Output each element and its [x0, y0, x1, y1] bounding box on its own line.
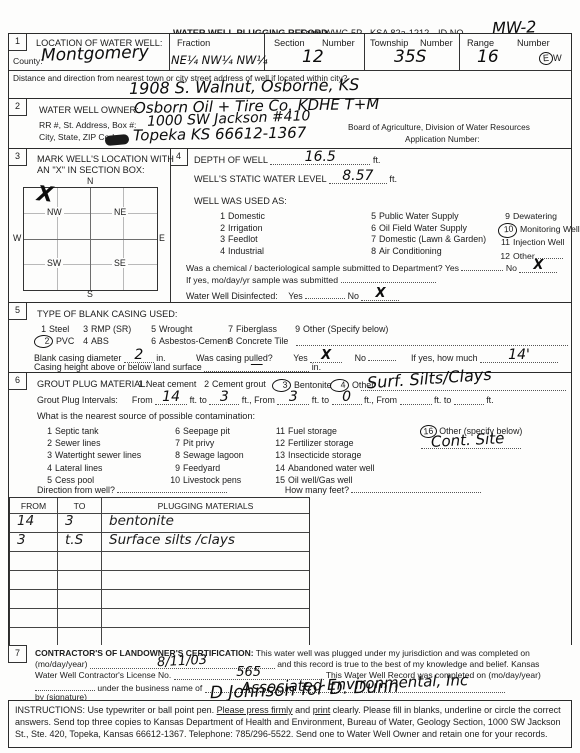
table-row	[10, 589, 309, 608]
source-number: 7	[168, 437, 180, 449]
casing-type-label: Steel	[49, 324, 69, 334]
casing-type-label: PVC	[56, 336, 74, 346]
cell-material	[102, 609, 309, 627]
depth-label: DEPTH OF WELL	[194, 155, 268, 165]
casing-type-item: 7Fiberglass	[221, 324, 288, 334]
casing-type-item: 1Steel	[34, 324, 76, 334]
fraction-cell: Fraction NE¼ NW¼ NW¼	[169, 34, 265, 70]
source-label: Feedyard	[183, 463, 220, 473]
instructions-box: INSTRUCTIONS: Use typewriter or ball poi…	[8, 700, 572, 748]
casing-type-item: 9Other (Specify below)	[288, 324, 388, 334]
pulled-yes-x-mark: X	[321, 353, 331, 359]
fraction-label: Fraction	[177, 38, 210, 48]
cell-from: 14	[10, 514, 58, 532]
cell-to	[58, 628, 102, 646]
source-item: 1Septic tank	[40, 425, 141, 437]
grout-material-label: Neat cement	[146, 379, 196, 389]
use-label: Feedlot	[228, 234, 258, 244]
scratched-out-text	[105, 134, 130, 146]
casing-type-item: 3RMP (SR)	[76, 324, 144, 334]
source-number: 11	[273, 425, 285, 437]
section-4-number: 4	[170, 149, 188, 166]
cell-material	[102, 552, 309, 570]
plugging-table: FROM TO PLUGGING MATERIALS 14 3 bentonit…	[9, 497, 310, 647]
signature-handwritten: D Johnson for D. Dunn	[210, 684, 399, 697]
sample-yes-leader	[461, 261, 503, 271]
source-item: 14Abandoned water well	[273, 462, 375, 474]
sources-column-2: 6Seepage pit7Pit privy8Sewage lagoon9Fee…	[168, 425, 244, 486]
source-number: 9	[168, 462, 180, 474]
grout-intervals-line: Grout Plug Intervals:From 14 ft. to 3 ft…	[37, 395, 494, 405]
cert-line-1: CONTRACTOR'S OF LANDOWNER'S CERTIFICATIO…	[35, 648, 530, 658]
address-label: RR #, St. Address, Box #:	[39, 120, 136, 130]
use-number: 2	[213, 223, 225, 235]
range-number-label: Number	[517, 38, 550, 48]
source-item: 9Feedyard	[168, 462, 244, 474]
use-label: Irrigation	[228, 223, 263, 233]
static-level-line: WELL'S STATIC WATER LEVEL 8.57 ft.	[194, 174, 397, 184]
disinfected-yes-leader	[305, 289, 345, 299]
county-value-handwritten: Montgomery	[41, 42, 149, 66]
cell-from	[10, 590, 58, 608]
use-item: 4Industrial	[213, 246, 265, 258]
direction-label: Direction from well?	[37, 485, 115, 495]
mark-title-line1: MARK WELL'S LOCATION WITH	[37, 154, 174, 164]
section-box-grid: NW NE SW SE X	[23, 187, 158, 291]
source-label: Abandoned water well	[288, 463, 375, 473]
cell-to: 3	[58, 514, 102, 532]
distance-value-handwritten: 1908 S. Walnut, Osborne, KS	[129, 75, 360, 98]
owner-label: WATER WELL OWNER:	[39, 105, 139, 115]
direction-leader	[117, 483, 227, 493]
use-label: Air Conditioning	[379, 246, 442, 256]
uses-column-2: 5Public Water Supply6Oil Field Water Sup…	[364, 211, 486, 257]
fraction-value-handwritten: NE¼ NW¼ NW¼	[171, 53, 268, 67]
sources-column-1: 1Septic tank2Sewer lines3Watertight sewe…	[40, 425, 141, 486]
section-6-grout: 6 GROUT PLUG MATERIAL: 1Neat cement2Ceme…	[8, 372, 572, 647]
section-1-location: 1 LOCATION OF WATER WELL: County: Montgo…	[8, 33, 572, 101]
use-number: 3	[213, 234, 225, 246]
cell-to	[58, 552, 102, 570]
table-row	[10, 570, 309, 589]
disinfected-no-leader: X	[361, 291, 399, 301]
source-number: 4	[40, 462, 52, 474]
quadrant-nw: NW	[45, 207, 64, 217]
source-number: 8	[168, 449, 180, 461]
contamination-label: What is the nearest source of possible c…	[37, 411, 255, 421]
ft-label: ft.	[190, 395, 197, 405]
casing-type-label: Asbestos-Cement	[159, 336, 230, 346]
source-label: Watertight sewer lines	[55, 450, 141, 460]
disinfected-no-x-mark: X	[375, 291, 385, 297]
section-number-cell: Section Number 12	[264, 34, 365, 70]
to-leader	[454, 395, 484, 405]
table-row	[10, 608, 309, 627]
source-label: Lateral lines	[55, 463, 102, 473]
application-label: Application Number:	[405, 134, 480, 144]
ft-label: ft.	[434, 395, 441, 405]
quadrant-se: SE	[112, 258, 128, 268]
source-number: 2	[40, 437, 52, 449]
grid-center-horizontal	[24, 239, 157, 240]
compass-east: E	[159, 233, 165, 243]
section-number-label: Number	[322, 38, 355, 48]
static-unit: ft.	[389, 174, 397, 184]
depth-unit: ft.	[373, 155, 381, 165]
section-6-number: 6	[9, 373, 27, 390]
cell-material	[102, 628, 309, 646]
use-item: 1Domestic	[213, 211, 265, 223]
interval-to-handwritten: 3	[220, 394, 229, 400]
interval-item: From 3 ft. to 0 ft.,ft.	[254, 395, 376, 405]
grout-material-number: 1	[131, 379, 143, 389]
from-label: From	[132, 395, 153, 405]
quadrant-sw: SW	[45, 258, 63, 268]
mark-title-line2: AN "X" IN SECTION BOX:	[37, 165, 145, 175]
county-label: County:	[13, 56, 43, 66]
cell-from-handwritten: 3	[10, 532, 57, 548]
disinfected-no: No	[348, 291, 359, 301]
use-label: Oil Field Water Supply	[379, 223, 467, 233]
how-much-value-handwritten: 14'	[508, 352, 530, 358]
source-label: Sewer lines	[55, 438, 100, 448]
use-number: 10	[498, 222, 518, 238]
pulled-no-leader	[368, 351, 396, 361]
source-number: 12	[273, 437, 285, 449]
interval-item: From ft. to ft.,ft.	[376, 395, 493, 405]
interval-from-handwritten: 3	[289, 394, 298, 400]
casing-type-number: 6	[144, 336, 156, 346]
casing-type-label: Other (Specify below)	[303, 324, 388, 334]
use-number: 9	[498, 211, 510, 223]
how-much-label: If yes, how much	[411, 353, 478, 363]
ft-comma-label: ft.,	[364, 395, 374, 405]
quadrant-ne: NE	[112, 207, 128, 217]
use-label: Injection Well	[513, 237, 565, 247]
instructions-label: INSTRUCTIONS:	[15, 705, 85, 715]
cell-to	[58, 571, 102, 589]
disinfected-label: Water Well Disinfected:	[186, 291, 278, 301]
from-leader: 3	[277, 395, 309, 405]
range-ew: EW	[539, 52, 562, 65]
feet-leader	[351, 483, 481, 493]
cell-material: Surface silts /clays	[102, 533, 309, 551]
source-item: 4Lateral lines	[40, 462, 141, 474]
instructions-underline-2: print	[313, 705, 331, 715]
use-number: 5	[364, 211, 376, 223]
cell-from	[10, 552, 58, 570]
casing-type-row-1: 1Steel3RMP (SR)5Wrought7Fiberglass9Other…	[34, 324, 388, 334]
source-other-leader	[421, 447, 521, 449]
use-item: 2Irrigation	[213, 223, 265, 235]
sample-no-x-mark: X	[533, 263, 543, 269]
cert-belief-text: and this record is true to the best of m…	[277, 659, 539, 669]
ft-label: ft.	[486, 395, 493, 405]
use-label: Domestic	[228, 211, 265, 221]
source-label: Septic tank	[55, 426, 99, 436]
intervals-label: Grout Plug Intervals:	[37, 395, 118, 405]
use-item: 5Public Water Supply	[364, 211, 486, 223]
water-well-plugging-record-form: WATER WELL PLUGGING RECORD Form WWC-5P K…	[0, 0, 580, 753]
plugging-table-header: FROM TO PLUGGING MATERIALS	[10, 498, 309, 513]
source-item: 6Seepage pit	[168, 425, 244, 437]
height-value-handwritten: —	[250, 362, 263, 368]
location-county-cell: LOCATION OF WATER WELL: County: Montgome…	[9, 34, 170, 70]
source-label: Fertilizer storage	[288, 438, 354, 448]
depth-leader: 16.5	[270, 155, 370, 165]
cert-date-label: (mo/day/year)	[35, 659, 87, 669]
source-label: Insecticide storage	[288, 450, 361, 460]
cell-to	[58, 590, 102, 608]
source-item: 8Sewage lagoon	[168, 449, 244, 461]
cert-line-2: (mo/day/year) 8/11/03 and this record is…	[35, 659, 539, 669]
source-item: 13Insecticide storage	[273, 449, 375, 461]
casing-height-line: Casing height above or below land surfac…	[34, 362, 321, 372]
casing-type-number: 2	[34, 334, 54, 348]
casing-type-number: 8	[221, 336, 233, 346]
use-number: 8	[364, 246, 376, 258]
sample-date-leader	[341, 273, 436, 283]
section-label: Section	[274, 38, 305, 48]
pulled-no: No	[355, 353, 366, 363]
source-label: Pit privy	[183, 438, 214, 448]
source-number: 6	[168, 425, 180, 437]
source-item: 11Fuel storage	[273, 425, 375, 437]
section-5-number: 5	[9, 303, 27, 320]
table-row	[10, 627, 309, 646]
to-label: to	[444, 395, 451, 405]
use-number: 11	[498, 237, 510, 249]
license-value-handwritten: 565	[236, 670, 261, 676]
table-row: 3 t.S Surface silts /clays	[10, 532, 309, 551]
grout-material-item: 1Neat cement	[131, 379, 196, 389]
board-label: Board of Agriculture, Division of Water …	[348, 122, 530, 132]
uses-column-1: 1Domestic2Irrigation3Feedlot4Industrial	[213, 211, 265, 257]
cell-from	[10, 571, 58, 589]
section-3-number: 3	[9, 149, 27, 166]
use-item: 8Air Conditioning	[364, 246, 486, 258]
use-number: 4	[213, 246, 225, 258]
sample-yes: Yes	[445, 263, 459, 273]
ft-comma-label: ft.,	[242, 395, 252, 405]
casing-other-leader	[296, 344, 568, 346]
use-number: 6	[364, 223, 376, 235]
casing-type-number: 5	[144, 324, 156, 334]
compass-north: N	[87, 176, 93, 186]
well-location-x-mark: X	[36, 181, 55, 207]
use-other-leader	[535, 249, 563, 259]
sample-date-line: If yes, mo/day/yr sample was submitted	[186, 273, 436, 285]
from-label: From	[254, 395, 275, 405]
casing-type-number: 3	[76, 324, 88, 334]
business-pre-leader	[35, 681, 95, 691]
section-7-certification: 7 CONTRACTOR'S OF LANDOWNER'S CERTIFICAT…	[8, 645, 572, 699]
section-2-number: 2	[9, 99, 27, 116]
table-row: 14 3 bentonite	[10, 513, 309, 532]
sample-question: Was a chemical / bacteriological sample …	[186, 263, 443, 273]
use-label: Monitoring Well	[520, 224, 580, 234]
cert-title: CONTRACTOR'S OF LANDOWNER'S CERTIFICATIO…	[35, 648, 254, 658]
cell-to-handwritten: t.S	[58, 532, 101, 548]
source-label: Sewage lagoon	[183, 450, 244, 460]
to-label: to	[322, 395, 329, 405]
diameter-value-handwritten: 2	[134, 352, 143, 358]
use-item: 3Feedlot	[213, 234, 265, 246]
section-3-mark-location: 3 MARK WELL'S LOCATION WITH AN "X" IN SE…	[9, 149, 171, 303]
sources-column-3: 11Fuel storage12Fertilizer storage13Inse…	[273, 425, 375, 486]
height-leader: —	[204, 362, 309, 372]
interval-from-handwritten: 14	[162, 394, 180, 400]
to-leader: 0	[332, 395, 362, 405]
township-value-handwritten: 35S	[394, 47, 426, 67]
cert-text: This water well was plugged under my jur…	[256, 648, 530, 658]
compass-south: S	[87, 289, 93, 299]
casing-title: TYPE OF BLANK CASING USED:	[37, 309, 177, 319]
use-label: Public Water Supply	[379, 211, 459, 221]
casing-type-item: 4ABS	[76, 336, 144, 346]
cell-from: 3	[10, 533, 58, 551]
cell-material: bentonite	[102, 514, 309, 532]
cell-to-handwritten: 3	[58, 513, 101, 529]
height-unit: in.	[312, 362, 321, 372]
interval-to-handwritten: 0	[342, 394, 351, 400]
source-number: 14	[273, 462, 285, 474]
how-much-leader: 14'	[480, 353, 558, 363]
depth-of-well-line: DEPTH OF WELL 16.5 ft.	[194, 155, 380, 165]
source-item: 2Sewer lines	[40, 437, 141, 449]
cell-from-handwritten: 14	[10, 513, 57, 529]
use-label: Industrial	[228, 246, 264, 256]
instructions-mid: and	[295, 705, 310, 715]
intervals-list: From 14 ft. to 3 ft.,ft. From 3 ft. to 0…	[132, 395, 494, 405]
city-value-handwritten: Topeka KS 66612-1367	[133, 123, 307, 144]
casing-type-number: 7	[221, 324, 233, 334]
interval-item: From 14 ft. to 3 ft.,ft.	[132, 395, 254, 405]
cell-material	[102, 571, 309, 589]
casing-type-item: 8Concrete Tile	[221, 336, 288, 346]
section-3-4-row: 3 MARK WELL'S LOCATION WITH AN "X" IN SE…	[8, 148, 572, 304]
casing-type-label: RMP (SR)	[91, 324, 131, 334]
source-label: Seepage pit	[183, 426, 230, 436]
source-item: 7Pit privy	[168, 437, 244, 449]
compass-west: W	[13, 233, 21, 243]
disinfected-line: Water Well Disinfected: Yes No X	[186, 289, 399, 301]
grout-material-label: Bentonite	[294, 380, 332, 390]
height-label: Casing height above or below land surfac…	[34, 362, 202, 372]
section-value-handwritten: 12	[302, 47, 324, 67]
east-circled: E	[539, 52, 554, 66]
casing-type-number: 9	[288, 324, 300, 334]
use-item: 9Dewatering	[498, 211, 580, 223]
use-label: Domestic (Lawn & Garden)	[379, 234, 486, 244]
disinfected-yes: Yes	[288, 291, 302, 301]
feet-label: How many feet?	[285, 485, 349, 495]
west-label: W	[553, 53, 562, 63]
source-number: 3	[40, 449, 52, 461]
license-label: Water Well Contractor's License No.	[35, 670, 171, 680]
cell-to	[58, 609, 102, 627]
casing-type-number: 1	[34, 324, 46, 334]
casing-type-item: 2PVC	[34, 335, 76, 348]
casing-type-label: Fiberglass	[236, 324, 277, 334]
grout-material-item: 2Cement grout	[197, 379, 266, 389]
casing-type-label: ABS	[91, 336, 109, 346]
sample-no-leader: X	[519, 263, 557, 273]
use-item: 10Monitoring Well	[498, 223, 580, 238]
section-2-owner: 2 WATER WELL OWNER: Osborn Oil + Tire Co…	[8, 98, 572, 150]
grout-material-item: 3Bentonite	[272, 379, 332, 392]
used-as-label: WELL WAS USED AS:	[194, 196, 287, 206]
cell-from	[10, 609, 58, 627]
to-label: to	[199, 395, 206, 405]
casing-type-number: 4	[76, 336, 88, 346]
range-cell: Range Number 16 EW	[459, 34, 571, 70]
source-item: 3Watertight sewer lines	[40, 449, 141, 461]
source-label: Fuel storage	[288, 426, 337, 436]
section-4-well-info: 4 DEPTH OF WELL 16.5 ft. WELL'S STATIC W…	[170, 149, 571, 303]
sample-question-line: Was a chemical / bacteriological sample …	[186, 261, 557, 273]
cell-material-handwritten: bentonite	[102, 513, 309, 529]
section-5-casing: 5 TYPE OF BLANK CASING USED: 1Steel3RMP …	[8, 302, 572, 374]
cert-date-handwritten: 8/11/03	[157, 658, 207, 667]
casing-type-label: Concrete Tile	[236, 336, 288, 346]
sample-no: No	[506, 263, 517, 273]
source-number: 1	[40, 425, 52, 437]
grout-material-number: 2	[197, 379, 209, 389]
section-7-number: 7	[8, 645, 27, 663]
instructions-underline-1: Please press firmly	[217, 705, 293, 715]
plugging-table-body: 14 3 bentonite 3 t.S Surface silts /clay…	[10, 513, 309, 646]
instructions-part1: Use typewriter or ball point pen.	[88, 705, 215, 715]
ft-label: ft.	[312, 395, 319, 405]
use-number: 7	[364, 234, 376, 246]
township-cell: Township Number 35S	[364, 34, 460, 70]
to-leader: 3	[209, 395, 239, 405]
range-value-handwritten: 16	[477, 47, 499, 67]
from-leader: 14	[155, 395, 187, 405]
cell-from	[10, 628, 58, 646]
depth-value-handwritten: 16.5	[305, 154, 336, 160]
uses-column-3: 9Dewatering10Monitoring Well11Injection …	[498, 211, 580, 262]
casing-type-item: 6Asbestos-Cement	[144, 336, 221, 346]
use-label: Other	[513, 251, 535, 261]
use-label: Dewatering	[513, 211, 557, 221]
use-item: 11Injection Well	[498, 237, 580, 249]
cell-to: t.S	[58, 533, 102, 551]
use-item: 7Domestic (Lawn & Garden)	[364, 234, 486, 246]
source-number: 13	[273, 449, 285, 461]
static-label: WELL'S STATIC WATER LEVEL	[194, 174, 326, 184]
use-number: 1	[213, 211, 225, 223]
grout-material-label: Cement grout	[212, 379, 266, 389]
source-item: 12Fertilizer storage	[273, 437, 375, 449]
cell-material	[102, 590, 309, 608]
table-row	[10, 551, 309, 570]
use-item: 6Oil Field Water Supply	[364, 223, 486, 235]
casing-type-label: Wrought	[159, 324, 192, 334]
casing-type-item: 5Wrought	[144, 324, 221, 334]
sample-date-label: If yes, mo/day/yr sample was submitted	[186, 275, 338, 285]
casing-type-row-2: 2PVC4ABS6Asbestos-Cement8Concrete Tile	[34, 335, 288, 348]
from-leader	[400, 395, 432, 405]
from-label: From	[376, 395, 397, 405]
static-leader: 8.57	[329, 174, 387, 184]
static-value-handwritten: 8.57	[342, 173, 373, 179]
direction-line: Direction from well? How many feet?	[37, 483, 481, 495]
cell-material-handwritten: Surface silts /clays	[102, 532, 309, 548]
